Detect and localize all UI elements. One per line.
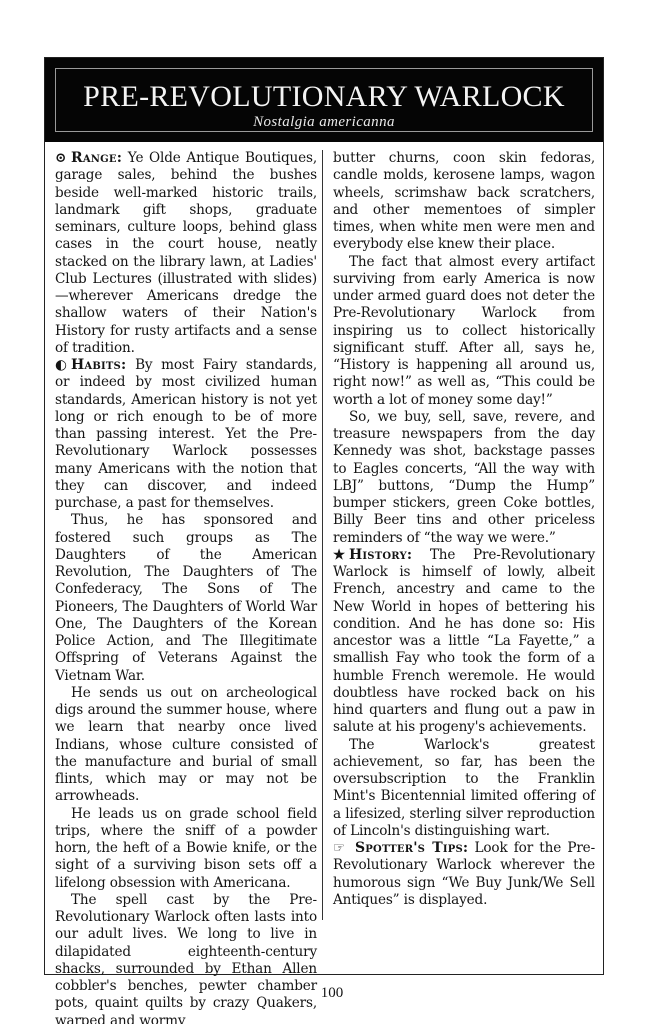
entry-title: PRE-REVOLUTIONARY WARLOCK <box>56 82 592 112</box>
paragraph: The Warlock's greatest achievement, so f… <box>333 737 595 841</box>
half-moon-icon: ◐ <box>55 357 71 374</box>
left-column: ⊙Range: Ye Olde Antique Boutiques, garag… <box>55 150 317 1024</box>
entry-box: PRE-REVOLUTIONARY WARLOCK Nostalgia amer… <box>44 57 604 975</box>
habits-text: By most Fairy standards, or indeed by mo… <box>55 357 317 511</box>
spotters-tips-section: ☞Spotter's Tips: Look for the Pre-Revolu… <box>333 840 595 909</box>
habits-heading: Habits: <box>71 357 126 373</box>
title-banner-inner-border: PRE-REVOLUTIONARY WARLOCK Nostalgia amer… <box>55 68 593 132</box>
history-section: ★History: The Pre-Revolutionary Warlock … <box>333 547 595 737</box>
page-number: 100 <box>0 985 664 1002</box>
history-text: The Pre-Revolutionary Warlock is himself… <box>333 547 595 736</box>
range-section: ⊙Range: Ye Olde Antique Boutiques, garag… <box>55 150 317 357</box>
right-column: butter churns, coon skin fedoras, candle… <box>333 150 595 909</box>
history-heading: History: <box>349 547 412 563</box>
spotters-tips-heading: Spotter's Tips: <box>355 840 468 856</box>
paragraph: He leads us on grade school field trips,… <box>55 806 317 892</box>
column-divider <box>322 150 323 920</box>
range-text: Ye Olde Antique Boutiques, garage sales,… <box>55 150 317 356</box>
circled-dot-icon: ⊙ <box>55 150 71 167</box>
paragraph: The spell cast by the Pre-Revolutionary … <box>55 892 317 1024</box>
paragraph: So, we buy, sell, save, revere, and trea… <box>333 409 595 547</box>
pointing-hand-icon: ☞ <box>333 840 355 857</box>
paragraph: He sends us out on archeological digs ar… <box>55 685 317 806</box>
paragraph-continued: butter churns, coon skin fedoras, candle… <box>333 150 595 254</box>
habits-section: ◐Habits: By most Fairy standards, or ind… <box>55 357 317 512</box>
title-banner: PRE-REVOLUTIONARY WARLOCK Nostalgia amer… <box>45 58 603 142</box>
entry-subtitle: Nostalgia americanna <box>56 113 592 131</box>
paragraph: The fact that almost every artifact surv… <box>333 254 595 409</box>
range-heading: Range: <box>71 150 122 166</box>
star-icon: ★ <box>333 547 349 564</box>
paragraph: Thus, he has sponsored and fostered such… <box>55 512 317 685</box>
